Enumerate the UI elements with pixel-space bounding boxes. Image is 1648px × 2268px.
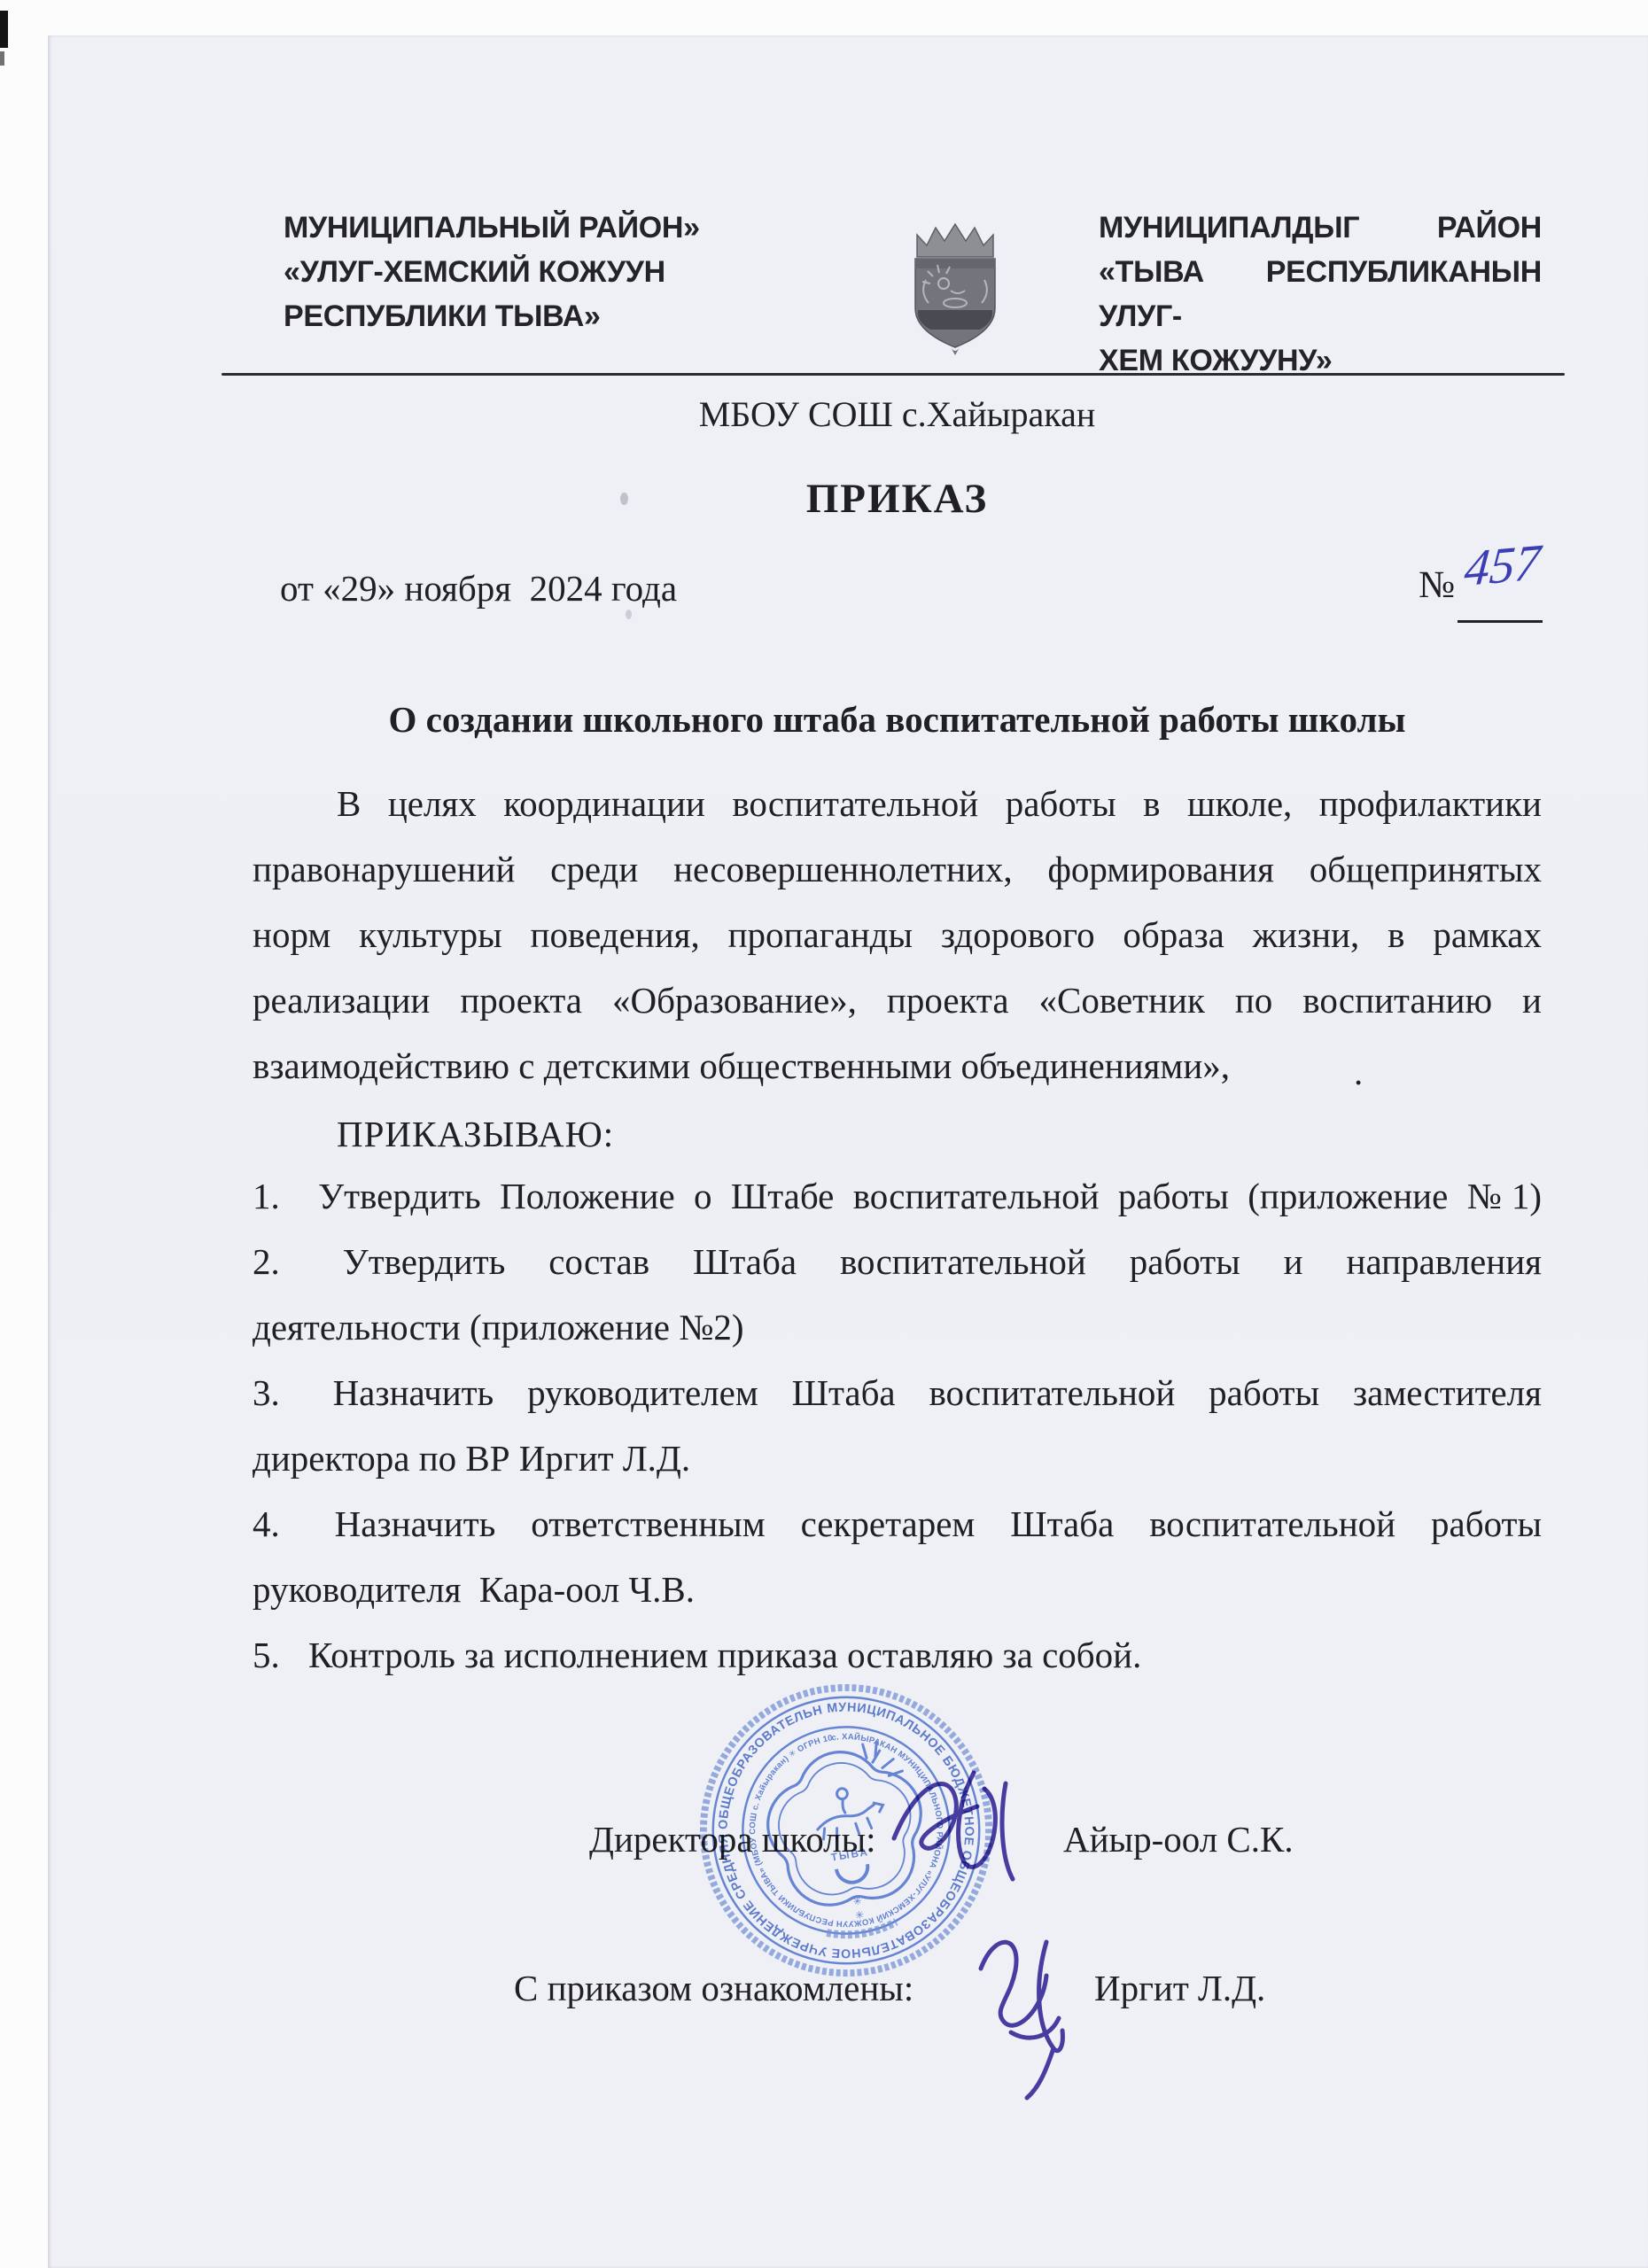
school-name: МБОУ СОШ с.Хайыракан [253, 393, 1542, 435]
item-number: 4. [253, 1503, 280, 1544]
acknowledged-name: Иргит Л.Д. [1094, 1967, 1265, 2009]
preamble-line: взаимодействию с детскими общественными … [253, 1045, 1542, 1086]
number-underline [1458, 620, 1543, 623]
subject-heading: О создании школьного штаба воспитательно… [253, 698, 1542, 741]
handwritten-number: 457 [1462, 533, 1543, 598]
stamp-center-label: ТЫВА [830, 1845, 870, 1864]
preamble-line: норм культуры поведения, пропаганды здор… [253, 914, 1542, 955]
number-label: № [1419, 563, 1455, 607]
emblem-shield [915, 259, 995, 347]
item-text: Назначить руководителем Штаба воспитател… [333, 1372, 1542, 1413]
emblem-shield-tip [951, 347, 960, 355]
resolution-word: ПРИКАЗЫВАЮ: [337, 1113, 614, 1155]
scan-speck [626, 610, 632, 619]
preamble-line: В целях координации воспитательной работ… [337, 783, 1542, 824]
org-left-line: «УЛУГ-ХЕМСКИЙ КОЖУУН [284, 250, 700, 294]
org-name-left: МУНИЦИПАЛЬНЫЙ РАЙОН» «УЛУГ-ХЕМСКИЙ КОЖУУ… [284, 206, 700, 338]
header-separator-line [222, 373, 1565, 376]
acknowledged-signature-autograph [970, 1914, 1081, 2104]
order-item-2: 2. Утвердить состав Штаба воспитательной… [253, 1241, 1542, 1282]
item-text: Назначить ответственным секретарем Штаба… [335, 1503, 1542, 1544]
svg-text:✳: ✳ [854, 1908, 865, 1922]
document-title: ПРИКАЗ [253, 475, 1542, 523]
order-item-5: 5. Контроль за исполнением приказа остав… [253, 1635, 1542, 1675]
director-name: Айыр-оол С.К. [1063, 1818, 1294, 1860]
scanned-document: МУНИЦИПАЛЬНЫЙ РАЙОН» «УЛУГ-ХЕМСКИЙ КОЖУУ… [0, 0, 1648, 2268]
item-text: Утвердить Положение о Штабе воспитательн… [318, 1176, 1542, 1216]
scan-corner-mark [0, 11, 8, 48]
order-item-4: 4. Назначить ответственным секретарем Шт… [253, 1503, 1542, 1544]
order-item-3: 3. Назначить руководителем Штаба воспита… [253, 1372, 1542, 1413]
item-text: Утвердить состав Штаба воспитательной ра… [343, 1241, 1542, 1282]
director-signature-autograph [882, 1750, 1063, 1883]
coat-of-arms-emblem [906, 221, 1004, 356]
preamble-line: правонарушений среди несовершеннолетних,… [253, 849, 1542, 889]
stray-dot: . [1354, 1051, 1363, 1093]
item-text: Контроль за исполнением приказа оставляю… [308, 1635, 1141, 1675]
org-right-line: МУНИЦИПАЛДЫГ РАЙОН [1099, 206, 1542, 250]
order-item-2-cont: деятельности (приложение №2) [253, 1307, 1542, 1348]
preamble-line: реализации проекта «Образование», проект… [253, 980, 1542, 1021]
emblem-shield-band-bottom [918, 310, 992, 330]
order-item-4-cont: руководителя Кара-оол Ч.В. [253, 1569, 1542, 1610]
item-number: 3. [253, 1372, 280, 1413]
item-number: 5. [253, 1635, 280, 1675]
scan-corner-mark-small [0, 51, 4, 66]
order-item-3-cont: директора по ВР Иргит Л.Д. [253, 1438, 1542, 1479]
emblem-shield-band-top [915, 259, 995, 268]
org-right-line: «ТЫВА РЕСПУБЛИКАНЫН УЛУГ- [1099, 250, 1542, 338]
org-left-line: РЕСПУБЛИКИ ТЫВА» [284, 294, 700, 338]
emblem-crown [917, 224, 993, 257]
org-name-right: МУНИЦИПАЛДЫГ РАЙОН «ТЫВА РЕСПУБЛИКАНЫН У… [1099, 206, 1542, 383]
org-left-line: МУНИЦИПАЛЬНЫЙ РАЙОН» [284, 206, 700, 250]
date-line: от «29» ноября 2024 года [280, 567, 677, 610]
item-number: 2. [253, 1241, 280, 1282]
org-right-line: ХЕМ КОЖУУНУ» [1099, 338, 1542, 383]
stamp-horseshoe-icon [836, 1864, 870, 1884]
order-item-1: 1. Утвердить Положение о Штабе воспитате… [253, 1176, 1542, 1216]
item-number: 1. [253, 1176, 280, 1216]
